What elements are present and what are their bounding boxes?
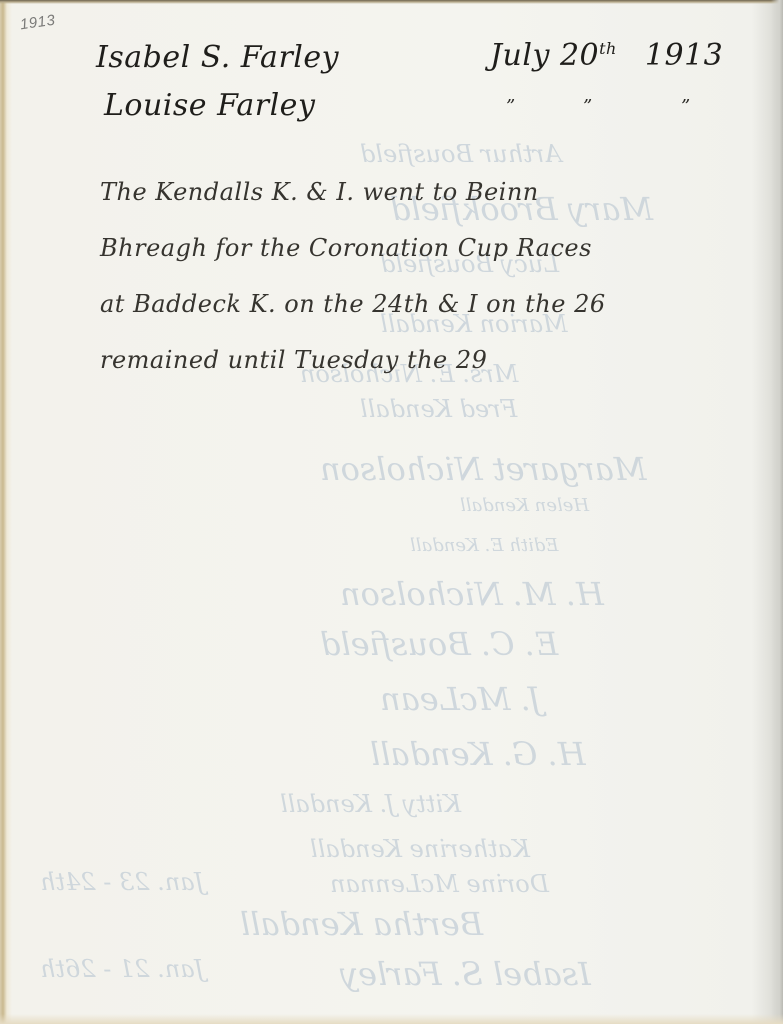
- page-bottom-edge: [0, 1014, 783, 1024]
- bleed-through-line: Isabel S. Farley: [340, 955, 591, 993]
- bleed-through-line: E. C. Bousfield: [320, 625, 558, 663]
- guestbook-page: Arthur Bousfield Mary Brookfield Lucy Bo…: [0, 0, 783, 1024]
- signature-louise: Louise Farley: [104, 88, 315, 123]
- signature-isabel: Isabel S. Farley: [96, 40, 339, 75]
- entry-line-3: at Baddeck K. on the 24th & I on the 26: [100, 290, 606, 318]
- pencil-year-note: 1913: [19, 12, 56, 34]
- ditto-mark: ”: [583, 96, 593, 117]
- bleed-through-line: Margaret Nicholson: [320, 450, 647, 488]
- date-year: 1913: [645, 38, 723, 73]
- date-month: July: [490, 38, 550, 73]
- page-top-edge: [0, 0, 783, 4]
- bleed-through-line: J. McLean: [380, 680, 541, 718]
- bleed-through-line: Edith E. Kendall: [410, 535, 559, 556]
- entry-line-1: The Kendalls K. & I. went to Beinn: [100, 178, 539, 206]
- bleed-through-date: Jan. 23 - 24th: [40, 868, 204, 896]
- bleed-through-line: Bertha Kendall: [240, 905, 483, 943]
- entry-line-4: remained until Tuesday the 29: [100, 346, 487, 374]
- entry-line-2: Bhreagh for the Coronation Cup Races: [100, 234, 592, 262]
- date-suffix: th: [599, 39, 617, 58]
- date-day: 20: [560, 38, 599, 73]
- entry-date: July 20th 1913: [490, 38, 723, 73]
- page-right-edge: [771, 0, 783, 1024]
- bleed-through-line: Fred Kendall: [360, 395, 517, 423]
- bleed-through-line: H. M. Nicholson: [340, 575, 604, 613]
- bleed-through-line: H. G. Kendall: [370, 735, 586, 773]
- ditto-mark: ”: [681, 96, 691, 117]
- bleed-through-line: Arthur Bousfield: [360, 140, 562, 168]
- bleed-through-line: Helen Kendall: [460, 495, 589, 516]
- bleed-through-date: Jan. 21 - 26th: [40, 955, 204, 983]
- bleed-through-line: Dorine McLennan: [330, 870, 549, 898]
- ditto-mark: ”: [506, 96, 516, 117]
- bleed-through-line: Kitty J. Kendall: [280, 790, 461, 818]
- bleed-through-line: Katherine Kendall: [310, 835, 530, 863]
